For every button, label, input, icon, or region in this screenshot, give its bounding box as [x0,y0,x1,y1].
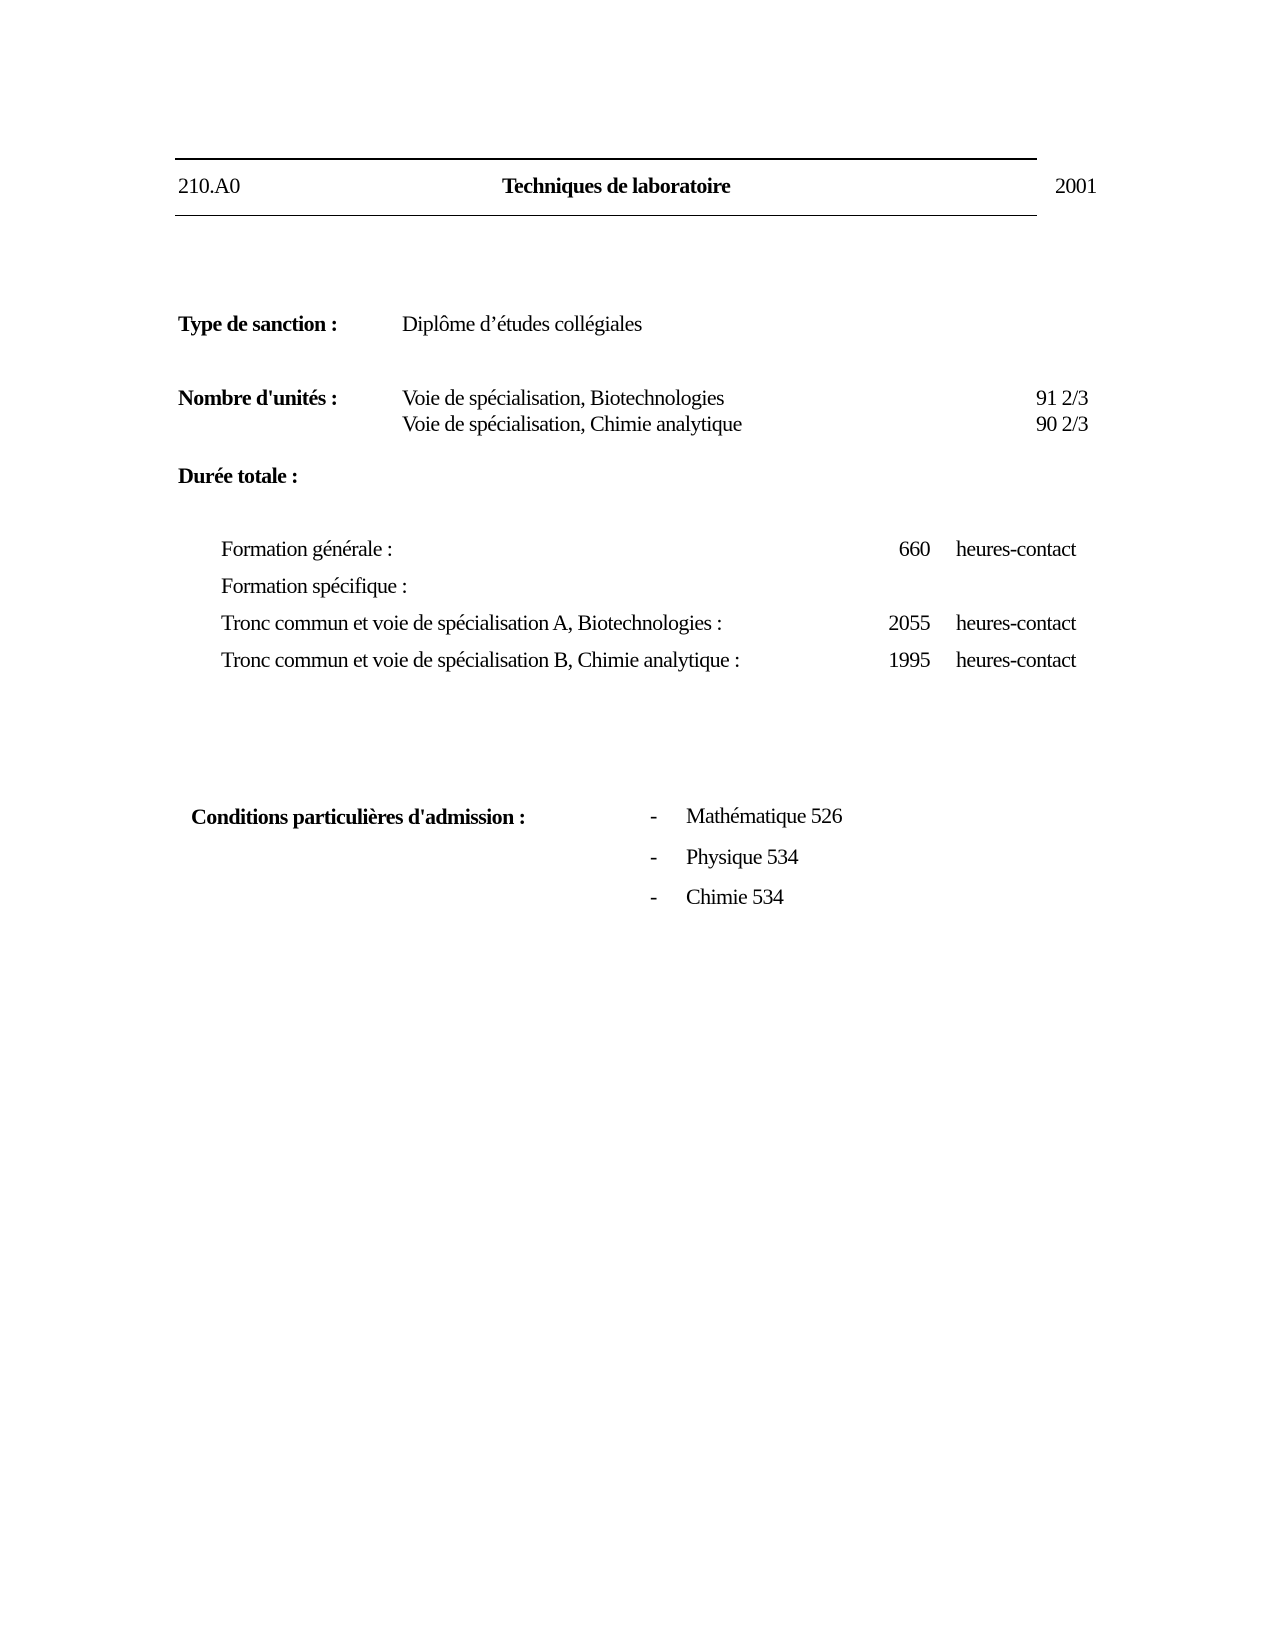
bullet-dash: - [650,805,657,827]
duration-row-hours: 660 [899,538,930,560]
duration-row-text: Formation spécifique : [221,575,407,597]
program-year: 2001 [1055,175,1097,197]
sanction-value: Diplôme d’études collégiales [402,313,642,335]
bullet-dash: - [650,846,657,868]
units-row-text: Voie de spécialisation, Biotechnologies [402,387,724,409]
admission-item: Physique 534 [686,846,798,868]
duration-label: Durée totale : [178,465,298,487]
admission-item: Mathématique 526 [686,805,842,827]
sanction-label: Type de sanction : [178,313,337,335]
admission-item: Chimie 534 [686,886,783,908]
bullet-dash: - [650,886,657,908]
admission-label: Conditions particulières d'admission : [191,806,525,828]
units-row-text: Voie de spécialisation, Chimie analytiqu… [402,413,742,435]
duration-row-text: Tronc commun et voie de spécialisation B… [221,649,740,671]
header-top-rule [175,158,1037,160]
duration-row-unit: heures-contact [956,649,1076,671]
units-label: Nombre d'unités : [178,387,337,409]
duration-row-text: Formation générale : [221,538,392,560]
duration-row-hours: 2055 [888,612,930,634]
duration-row-text: Tronc commun et voie de spécialisation A… [221,612,722,634]
program-title: Techniques de laboratoire [502,175,730,197]
units-row-value: 91 2/3 [1036,387,1088,409]
header-bottom-rule [175,215,1037,216]
duration-row-unit: heures-contact [956,612,1076,634]
duration-row-hours: 1995 [888,649,930,671]
program-code: 210.A0 [178,175,240,197]
duration-row-unit: heures-contact [956,538,1076,560]
units-row-value: 90 2/3 [1036,413,1088,435]
